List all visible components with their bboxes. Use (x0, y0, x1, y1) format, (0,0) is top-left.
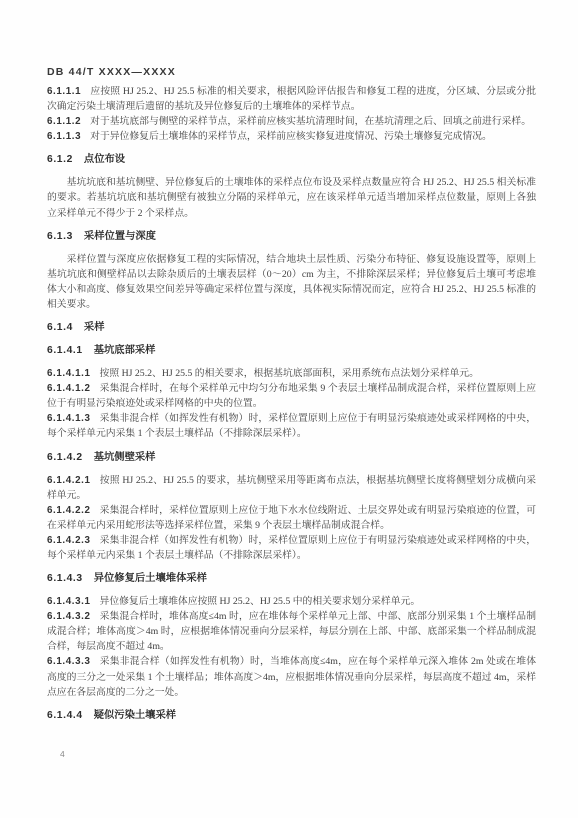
body-text: 采集非混合样（如挥发性有机物）时，采样位置原则上应位于有明显污染痕迹处或采样网格… (47, 413, 536, 439)
section-title: 点位布设 (84, 154, 125, 165)
clause: 6.1.1.1应按照 HJ 25.2、HJ 25.5 标准的相关要求，根据风险评… (47, 84, 536, 114)
section-heading: 6.1.4.1基坑底部采样 (47, 344, 536, 358)
clause-number: 6.1.1.1 (47, 86, 81, 97)
body-text: 异位修复后土壤堆体应按照 HJ 25.2、HJ 25.5 中的相关要求划分采样单… (100, 596, 421, 607)
section-title: 异位修复后土壤堆体采样 (94, 573, 207, 584)
section-heading: 6.1.3采样位置与深度 (47, 230, 536, 244)
section-title: 采样位置与深度 (84, 231, 156, 242)
clause-number: 6.1.4.2.2 (47, 505, 91, 516)
clause: 6.1.4.2.2采集混合样时，采样位置原则上应位于地下水水位线附近、土层交界处… (47, 503, 536, 533)
body-text: 采集非混合样（如挥发性有机物）时，当堆体高度≤4m，应在每个采样单元深入堆体 2… (47, 656, 536, 697)
section-heading: 6.1.2点位布设 (47, 153, 536, 167)
section-title: 基坑底部采样 (94, 345, 156, 356)
body-text: 基坑坑底和基坑侧壁、异位修复后的土壤堆体的采样点位布设及采样点数量应符合 HJ … (47, 177, 536, 218)
clause-number: 6.1.4.2.1 (47, 475, 91, 486)
clause: 6.1.4.2.1按照 HJ 25.2、HJ 25.5 的要求，基坑侧壁采用等距… (47, 473, 536, 503)
page-number: 4 (60, 749, 65, 759)
clause: 6.1.4.1.1按照 HJ 25.2、HJ 25.5 的相关要求，根据基坑底部… (47, 366, 536, 381)
body-text: 采集混合样时，采样位置原则上应位于地下水水位线附近、土层交界处或有明显污染痕迹的… (47, 505, 536, 531)
section-title: 疑似污染土壤采样 (94, 710, 176, 721)
section-number: 6.1.4.2 (47, 452, 83, 463)
clause: 6.1.4.2.3采集非混合样（如挥发性有机物）时，采样位置原则上应位于有明显污… (47, 533, 536, 563)
clause-number: 6.1.4.3.2 (47, 611, 91, 622)
section-heading: 6.1.4.3异位修复后土壤堆体采样 (47, 572, 536, 586)
section-heading: 6.1.4.2基坑侧壁采样 (47, 451, 536, 465)
body-text: 对于基坑底部与侧壁的采样节点，采样前应核实基坑清理时间，在基坑清理之后、回填之前… (90, 116, 531, 127)
section-title: 基坑侧壁采样 (94, 452, 156, 463)
body-text: 采样位置与深度应依据修复工程的实际情况，结合地块土层性质、污染分布特征、修复设施… (47, 254, 536, 310)
body-text: 按照 HJ 25.2、HJ 25.5 的相关要求，根据基坑底部面积，采用系统布点… (100, 368, 479, 379)
body-text: 应按照 HJ 25.2、HJ 25.5 标准的相关要求，根据风险评估报告和修复工… (47, 86, 536, 112)
body-text: 对于异位修复后土壤堆体的采样节点，采样前应核实修复进度情况、污染土壤修复完成情况… (90, 131, 492, 142)
section-number: 6.1.4.4 (47, 710, 83, 721)
body-text: 采集非混合样（如挥发性有机物）时，采样位置原则上应位于有明显污染痕迹处或采样网格… (47, 535, 536, 561)
document-body: 6.1.1.1应按照 HJ 25.2、HJ 25.5 标准的相关要求，根据风险评… (47, 84, 536, 731)
clause-number: 6.1.4.3.1 (47, 596, 91, 607)
clause: 6.1.4.3.2采集混合样时，堆体高度≤4m 时，应在堆体每个采样单元上部、中… (47, 609, 536, 654)
clause-number: 6.1.4.1.2 (47, 383, 91, 394)
body-text: 采集混合样时，在每个采样单元中均匀分布地采集 9 个表层土壤样品制成混合样，采样… (47, 383, 536, 409)
clause-number: 6.1.4.1.3 (47, 413, 91, 424)
clause: 6.1.1.3对于异位修复后土壤堆体的采样节点，采样前应核实修复进度情况、污染土… (47, 129, 536, 144)
clause-number: 6.1.4.1.1 (47, 368, 91, 379)
body-text: 采集混合样时，堆体高度≤4m 时，应在堆体每个采样单元上部、中部、底部分别采集 … (47, 611, 536, 652)
section-number: 6.1.4.1 (47, 345, 83, 356)
section-number: 6.1.3 (47, 231, 73, 242)
section-number: 6.1.2 (47, 154, 73, 165)
section-heading: 6.1.4.4疑似污染土壤采样 (47, 709, 536, 723)
clause: 6.1.4.3.1异位修复后土壤堆体应按照 HJ 25.2、HJ 25.5 中的… (47, 594, 536, 609)
section-heading: 6.1.4采样 (47, 321, 536, 335)
clause-number: 6.1.1.3 (47, 131, 81, 142)
paragraph: 基坑坑底和基坑侧壁、异位修复后的土壤堆体的采样点位布设及采样点数量应符合 HJ … (47, 175, 536, 220)
standard-number-header: DB 44/T XXXX—XXXX (47, 66, 176, 78)
clause: 6.1.4.1.2采集混合样时，在每个采样单元中均匀分布地采集 9 个表层土壤样… (47, 381, 536, 411)
clause: 6.1.4.3.3采集非混合样（如挥发性有机物）时，当堆体高度≤4m，应在每个采… (47, 654, 536, 699)
section-title: 采样 (84, 322, 105, 333)
clause: 6.1.4.1.3采集非混合样（如挥发性有机物）时，采样位置原则上应位于有明显污… (47, 411, 536, 441)
clause: 6.1.1.2对于基坑底部与侧壁的采样节点，采样前应核实基坑清理时间，在基坑清理… (47, 114, 536, 129)
body-text: 按照 HJ 25.2、HJ 25.5 的要求，基坑侧壁采用等距离布点法，根据基坑… (47, 475, 536, 501)
paragraph: 采样位置与深度应依据修复工程的实际情况，结合地块土层性质、污染分布特征、修复设施… (47, 252, 536, 312)
clause-number: 6.1.4.3.3 (47, 656, 91, 667)
clause-number: 6.1.1.2 (47, 116, 81, 127)
document-page: DB 44/T XXXX—XXXX 6.1.1.1应按照 HJ 25.2、HJ … (0, 0, 578, 818)
section-number: 6.1.4.3 (47, 573, 83, 584)
clause-number: 6.1.4.2.3 (47, 535, 91, 546)
section-number: 6.1.4 (47, 322, 73, 333)
